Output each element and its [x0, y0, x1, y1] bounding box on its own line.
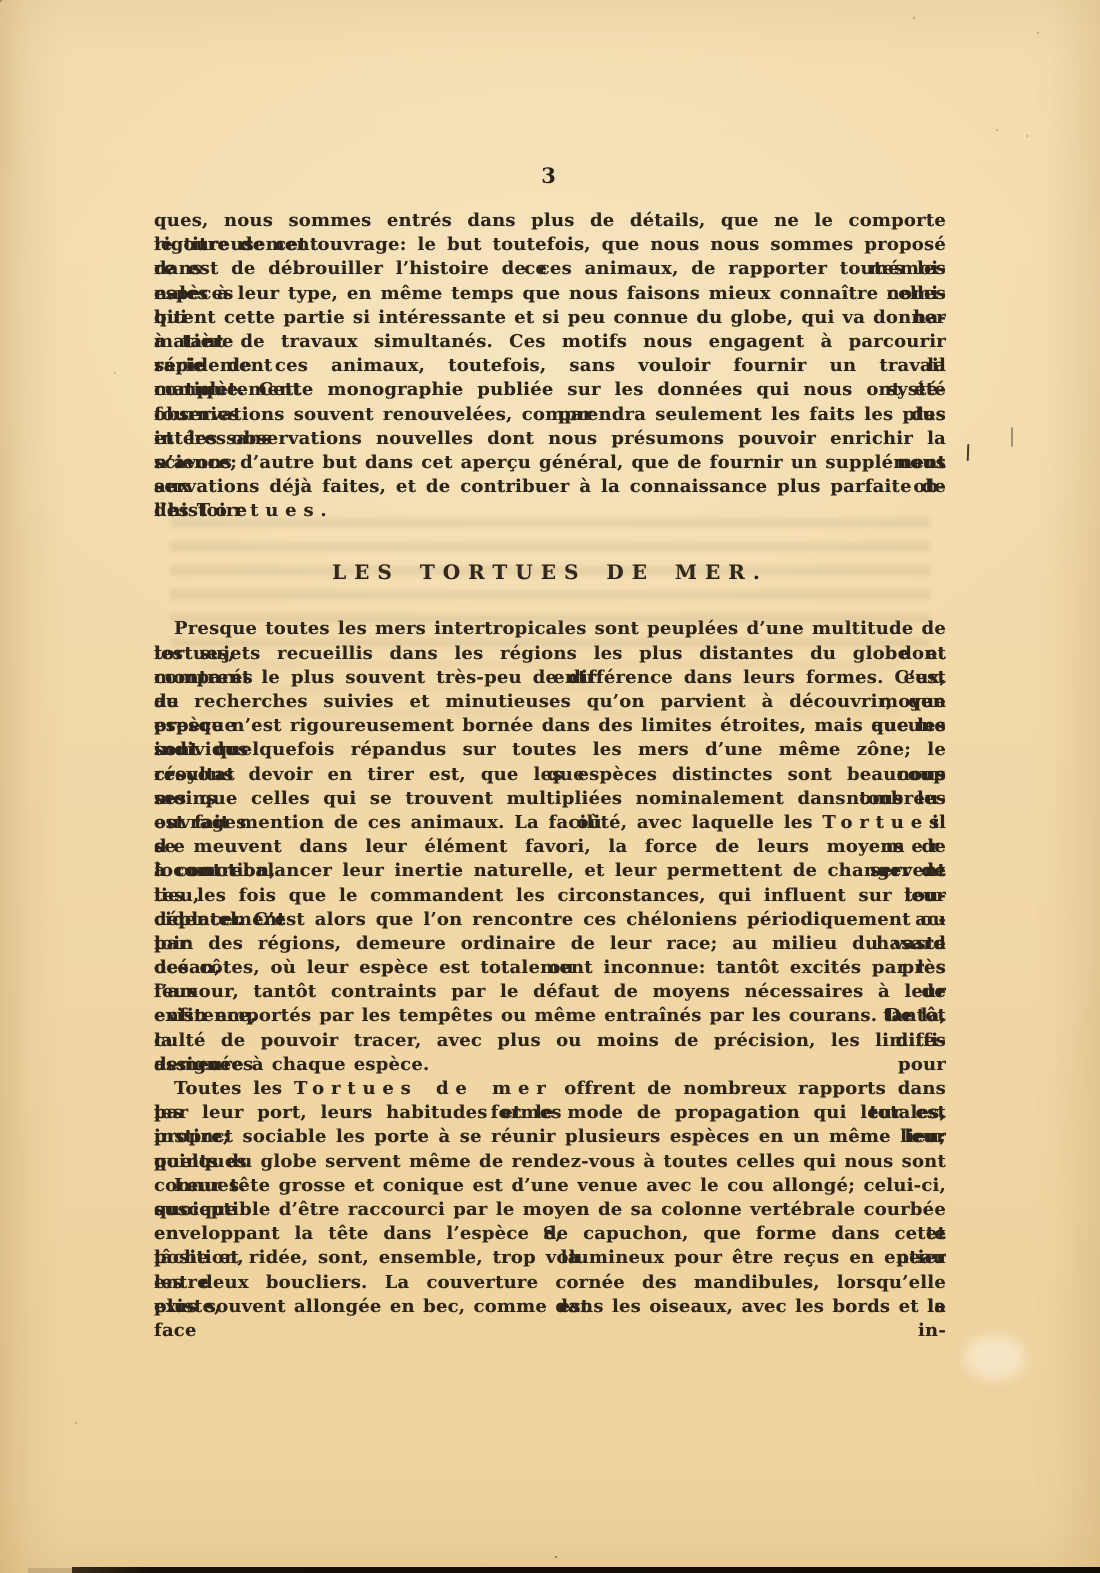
- ink-mark-artifact: [967, 444, 970, 461]
- text-line: re est de débrouiller l’histoire de ces …: [154, 257, 946, 281]
- text-line: bitent cette partie si intéressante et s…: [154, 306, 946, 330]
- text-line: se meuvent dans leur élément favori, la …: [154, 835, 946, 859]
- text-line: plus souvent allongée en bec, comme dans…: [154, 1295, 946, 1319]
- letterspaced-term: Tortues.: [197, 500, 334, 521]
- text-section-after-heading: Presque toutes les mers intertropicales …: [154, 617, 946, 1318]
- text-line: cidentel. C’est alors que l’on rencontre…: [154, 908, 946, 932]
- text-line: matique. Cette monographie publiée sur l…: [154, 378, 946, 402]
- text-run: est fait mention de ces animaux. La faci…: [154, 812, 822, 833]
- text-line: l’amour, tantôt contraints par le défaut…: [154, 980, 946, 1004]
- letterspaced-term: Tortues de mer: [294, 1078, 553, 1099]
- text-line: susceptible d’être raccourci par le moye…: [154, 1198, 946, 1222]
- ink-mark-artifact: [1011, 427, 1013, 447]
- text-body: ques, nous sommes entrés dans plus de dé…: [154, 209, 946, 1319]
- text-line: points du globe servent même de rendez-v…: [154, 1150, 946, 1174]
- text-line: enfin emportés par les tempêtes ou même …: [154, 1004, 946, 1028]
- text-line: n’avons d’autre but dans cet aperçu géné…: [154, 451, 946, 475]
- paragraph: Presque toutes les mers intertropicales …: [154, 617, 946, 1077]
- text-line: Presque toutes les mers intertropicales …: [154, 617, 946, 641]
- text-line: de recherches suivies et minutieuses qu’…: [154, 690, 946, 714]
- text-line: lâche et ridée, sont, ensemble, trop vol…: [154, 1246, 946, 1270]
- text-line: nales à leur type, en même temps que nou…: [154, 282, 946, 306]
- paper-smudge: [965, 1335, 1025, 1380]
- text-line: servations déjà faites, et de contribuer…: [154, 475, 946, 499]
- text-line: montrent le plus souvent très-peu de dif…: [154, 666, 946, 690]
- paragraph: Leur tête grosse et conique est d’une ve…: [154, 1174, 946, 1319]
- text-line: les sujets recueillis dans les régions l…: [154, 642, 946, 666]
- text-line: à tant de travaux simultanés. Ces motifs…: [154, 330, 946, 354]
- text-line: observations souvent renouvelées, compre…: [154, 403, 946, 427]
- text-line: des côtes, où leur espèce est totalement…: [154, 956, 946, 980]
- text-line: sont quelquefois répandus sur toutes les…: [154, 738, 946, 762]
- text-line: et les observations nouvelles dont nous …: [154, 427, 946, 451]
- text-line: ses que celles qui se trouvent multiplié…: [154, 787, 946, 811]
- text-line: des Tortues.: [154, 499, 946, 523]
- text-line: tes les fois que le commandent les circo…: [154, 884, 946, 908]
- text-line: enveloppant la tête dans l’espèce de cap…: [154, 1222, 946, 1246]
- text-run: des: [154, 500, 197, 521]
- text-line: Toutes les Tortues de mer offrent de nom…: [154, 1077, 946, 1101]
- text-line: est fait mention de ces animaux. La faci…: [154, 811, 946, 835]
- text-line: par leur port, leurs habitudes et le mod…: [154, 1101, 946, 1125]
- section-heading: LES TORTUES DE MER.: [154, 559, 946, 585]
- scan-bottom-edge: [72, 1567, 1100, 1573]
- text-line: à contrebalancer leur inertie naturelle,…: [154, 859, 946, 883]
- paragraph: ques, nous sommes entrés dans plus de dé…: [154, 209, 946, 523]
- text-line: Leur tête grosse et conique est d’une ve…: [154, 1174, 946, 1198]
- paragraph: Toutes les Tortues de mer offrent de nom…: [154, 1077, 946, 1174]
- scan-edge-fade: [28, 1568, 74, 1573]
- text-line: espèce n’est rigoureusement bornée dans …: [154, 714, 946, 738]
- text-line: culté de pouvoir tracer, avec plus ou mo…: [154, 1029, 946, 1053]
- scanned-book-page: 3 ques, nous sommes entrés dans plus de …: [0, 0, 1100, 1573]
- text-section-before-heading: ques, nous sommes entrés dans plus de dé…: [154, 209, 946, 523]
- text-line: croyons devoir en tirer est, que les esp…: [154, 763, 946, 787]
- text-line: ques, nous sommes entrés dans plus de dé…: [154, 209, 946, 233]
- page-number: 3: [0, 163, 1097, 188]
- text-line: instinct sociable les porte à se réunir …: [154, 1125, 946, 1149]
- text-run: Toutes les: [174, 1078, 294, 1099]
- text-line: loin des régions, demeure ordinaire de l…: [154, 932, 946, 956]
- text-line: les deux boucliers. La couverture cornée…: [154, 1271, 946, 1295]
- paper-specks: [0, 0, 2, 2]
- text-line: le titre de cet ouvrage: le but toutefoi…: [154, 233, 946, 257]
- text-line: série de ces animaux, toutefois, sans vo…: [154, 354, 946, 378]
